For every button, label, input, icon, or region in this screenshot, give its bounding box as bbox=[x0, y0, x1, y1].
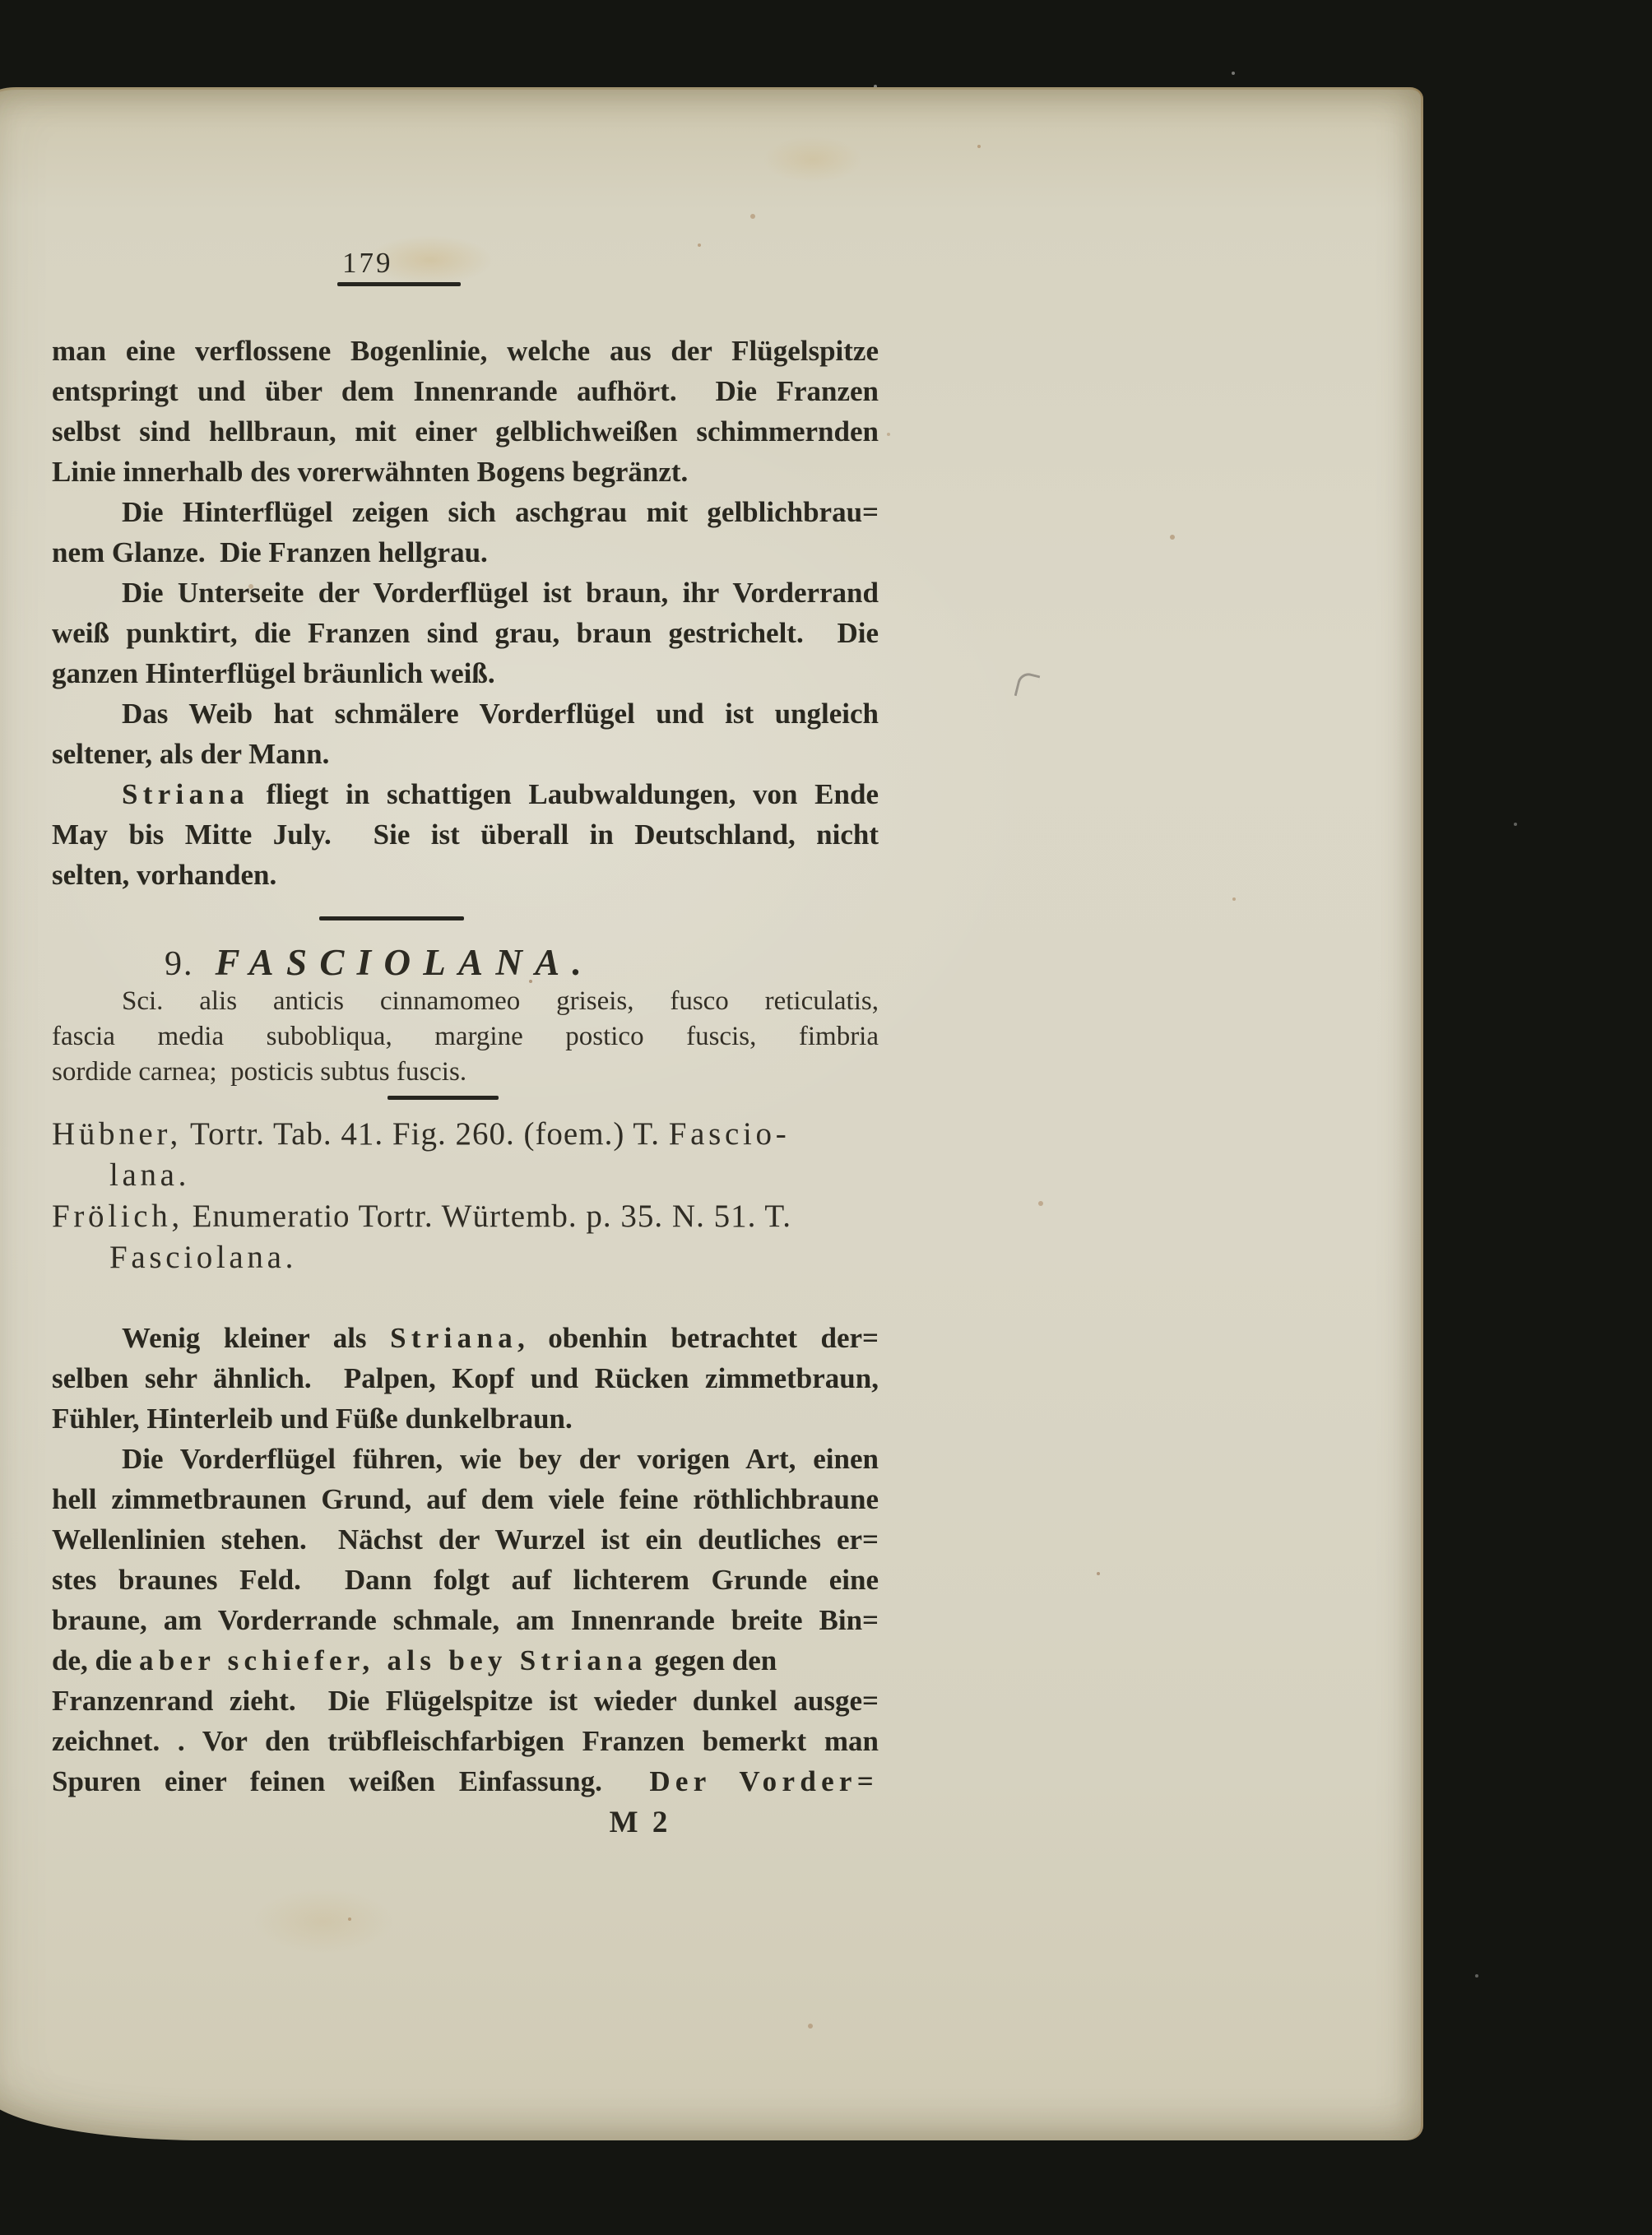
text-segment: Die Unterseite der Vorderflügel ist brau… bbox=[122, 577, 879, 609]
book-page: 179 man eine verflossene Bogenlinie, wel… bbox=[0, 87, 1423, 2140]
emphasized-text: aber schiefer, als bey Striana bbox=[139, 1644, 647, 1676]
text-line: ganzen Hinterflügel bräunlich weiß. bbox=[52, 653, 879, 693]
text-segment: Enumeratio Tortr. Würtemb. p. 35. N. 51.… bbox=[183, 1199, 791, 1234]
text-line: man eine verflossene Bogenlinie, welche … bbox=[52, 331, 879, 371]
text-line: Fasciolana. bbox=[52, 1237, 891, 1278]
paper-stain bbox=[253, 1889, 393, 1954]
text-segment: weiß punktirt, die Franzen sind grau, br… bbox=[52, 617, 879, 649]
text-segment: Linie innerhalb des vorerwähnten Bogens … bbox=[52, 456, 688, 488]
text-segment: hell zimmetbraunen Grund, auf dem viele … bbox=[52, 1483, 879, 1515]
text-segment: Sci. alis anticis cinnamomeo griseis, fu… bbox=[122, 986, 879, 1016]
text-line: Die Unterseite der Vorderflügel ist brau… bbox=[52, 573, 879, 613]
text-segment: ganzen Hinterflügel bräunlich weiß. bbox=[52, 657, 495, 689]
emphasized-text: Fasciolana. bbox=[109, 1240, 297, 1275]
text-line: Wellenlinien stehen. Nächst der Wurzel i… bbox=[52, 1519, 879, 1560]
page-number: 179 bbox=[337, 247, 461, 280]
text-segment: selbst sind hellbraun, mit einer gelblic… bbox=[52, 415, 879, 447]
page-number-rule bbox=[337, 282, 461, 286]
text-segment: fliegt in schattigen Laubwaldungen, von … bbox=[249, 778, 879, 810]
text-line: sordide carnea; posticis subtus fuscis. bbox=[52, 1055, 879, 1090]
continuation-paragraphs: man eine verflossene Bogenlinie, welche … bbox=[52, 331, 879, 895]
stray-mark bbox=[1014, 670, 1041, 700]
text-line: Die Hinterflügel zeigen sich aschgrau mi… bbox=[52, 492, 879, 532]
text-line: Fühler, Hinterleib und Füße dunkelbraun. bbox=[52, 1398, 879, 1439]
text-line: entspringt und über dem Innenrande aufhö… bbox=[52, 371, 879, 411]
text-line: de, die aber schiefer, als bey Striana g… bbox=[52, 1640, 879, 1681]
text-line: braune, am Vorderrande schmale, am Innen… bbox=[52, 1600, 879, 1640]
text-segment: fascia media subobliqua, margine postico… bbox=[52, 1022, 879, 1051]
text-line: Linie innerhalb des vorerwähnten Bogens … bbox=[52, 452, 879, 492]
text-segment: de, die bbox=[52, 1644, 139, 1676]
text-segment: nem Glanze. Die Franzen hellgrau. bbox=[52, 536, 488, 568]
text-line: selben sehr ähnlich. Palpen, Kopf und Rü… bbox=[52, 1358, 879, 1398]
paper-stain bbox=[763, 137, 862, 183]
text-segment: selten, vorhanden. bbox=[52, 859, 276, 891]
text-line: Sci. alis anticis cinnamomeo griseis, fu… bbox=[52, 984, 879, 1019]
text-line: Frölich, Enumeratio Tortr. Würtemb. p. 3… bbox=[52, 1196, 891, 1237]
text-line: weiß punktirt, die Franzen sind grau, br… bbox=[52, 613, 879, 653]
text-line: Die Vorderflügel führen, wie bey der vor… bbox=[52, 1439, 879, 1479]
latin-diagnosis: Sci. alis anticis cinnamomeo griseis, fu… bbox=[52, 984, 879, 1090]
section-number: 9. bbox=[165, 945, 194, 983]
text-segment: braune, am Vorderrande schmale, am Innen… bbox=[52, 1604, 879, 1636]
text-segment: Spuren einer feinen weißen Einfassung. bbox=[52, 1765, 649, 1797]
page-header: 179 bbox=[337, 247, 461, 286]
emphasized-text: Fascio- bbox=[669, 1116, 791, 1152]
emphasized-text: Der Vorder= bbox=[649, 1765, 879, 1797]
text-segment: selben sehr ähnlich. Palpen, Kopf und Rü… bbox=[52, 1362, 879, 1394]
text-line: Wenig kleiner als Striana, obenhin betra… bbox=[52, 1318, 879, 1358]
text-segment: Wellenlinien stehen. Nächst der Wurzel i… bbox=[52, 1523, 879, 1556]
text-line: Spuren einer feinen weißen Einfassung. D… bbox=[52, 1761, 879, 1801]
emphasized-text: Striana bbox=[390, 1322, 517, 1354]
text-line: selbst sind hellbraun, mit einer gelblic… bbox=[52, 411, 879, 452]
section-heading: 9.FASCIOLANA. bbox=[165, 941, 594, 984]
screenshot-root: { "page": { "number": "179", "signature_… bbox=[0, 0, 1652, 2235]
text-segment: Franzenrand zieht. Die Flügelspitze ist … bbox=[52, 1685, 879, 1717]
text-line: May bis Mitte July. Sie ist überall in D… bbox=[52, 814, 879, 855]
section-divider bbox=[319, 916, 464, 920]
text-segment: man eine verflossene Bogenlinie, welche … bbox=[52, 335, 879, 367]
emphasized-text: Frölich, bbox=[52, 1199, 183, 1234]
text-line: hell zimmetbraunen Grund, auf dem viele … bbox=[52, 1479, 879, 1519]
signature-mark: M 2 bbox=[558, 1805, 722, 1840]
text-line: Striana fliegt in schattigen Laubwaldung… bbox=[52, 774, 879, 814]
text-segment: Das Weib hat schmälere Vorderflügel und … bbox=[122, 698, 879, 730]
text-segment: May bis Mitte July. Sie ist überall in D… bbox=[52, 818, 879, 851]
text-segment: , obenhin betrachtet der= bbox=[517, 1322, 879, 1354]
text-line: Das Weib hat schmälere Vorderflügel und … bbox=[52, 693, 879, 734]
text-line: Hübner, Tortr. Tab. 41. Fig. 260. (foem.… bbox=[52, 1114, 891, 1155]
text-segment: sordide carnea; posticis subtus fuscis. bbox=[52, 1057, 466, 1087]
reference-list: Hübner, Tortr. Tab. 41. Fig. 260. (foem.… bbox=[52, 1114, 891, 1278]
text-segment: zeichnet. . Vor den trübfleischfarbigen … bbox=[52, 1725, 879, 1757]
emphasized-text: Hübner, bbox=[52, 1116, 182, 1152]
emphasized-text: Striana bbox=[122, 778, 249, 810]
text-segment: Wenig kleiner als bbox=[122, 1322, 390, 1354]
text-line: fascia media subobliqua, margine postico… bbox=[52, 1019, 879, 1055]
text-line: seltener, als der Mann. bbox=[52, 734, 879, 774]
text-segment: stes braunes Feld. Dann folgt auf lichte… bbox=[52, 1564, 879, 1596]
species-description: Wenig kleiner als Striana, obenhin betra… bbox=[52, 1318, 879, 1801]
text-line: stes braunes Feld. Dann folgt auf lichte… bbox=[52, 1560, 879, 1600]
text-line: nem Glanze. Die Franzen hellgrau. bbox=[52, 532, 879, 573]
text-line: selten, vorhanden. bbox=[52, 855, 879, 895]
text-line: zeichnet. . Vor den trübfleischfarbigen … bbox=[52, 1721, 879, 1761]
text-segment: seltener, als der Mann. bbox=[52, 738, 329, 770]
text-line: lana. bbox=[52, 1155, 891, 1196]
text-segment: Fühler, Hinterleib und Füße dunkelbraun. bbox=[52, 1403, 573, 1435]
text-segment: Die Hinterflügel zeigen sich aschgrau mi… bbox=[122, 496, 879, 528]
diagnosis-divider bbox=[387, 1096, 499, 1100]
text-segment: Tortr. Tab. 41. Fig. 260. (foem.) T. bbox=[182, 1116, 669, 1152]
text-segment: entspringt und über dem Innenrande aufhö… bbox=[52, 375, 879, 407]
text-line: Franzenrand zieht. Die Flügelspitze ist … bbox=[52, 1681, 879, 1721]
emphasized-text: lana. bbox=[109, 1157, 190, 1193]
text-segment: Die Vorderflügel führen, wie bey der vor… bbox=[122, 1443, 879, 1475]
text-segment: gegen den bbox=[647, 1644, 777, 1676]
foxing-specks bbox=[698, 243, 701, 247]
section-title: FASCIOLANA. bbox=[216, 942, 595, 983]
